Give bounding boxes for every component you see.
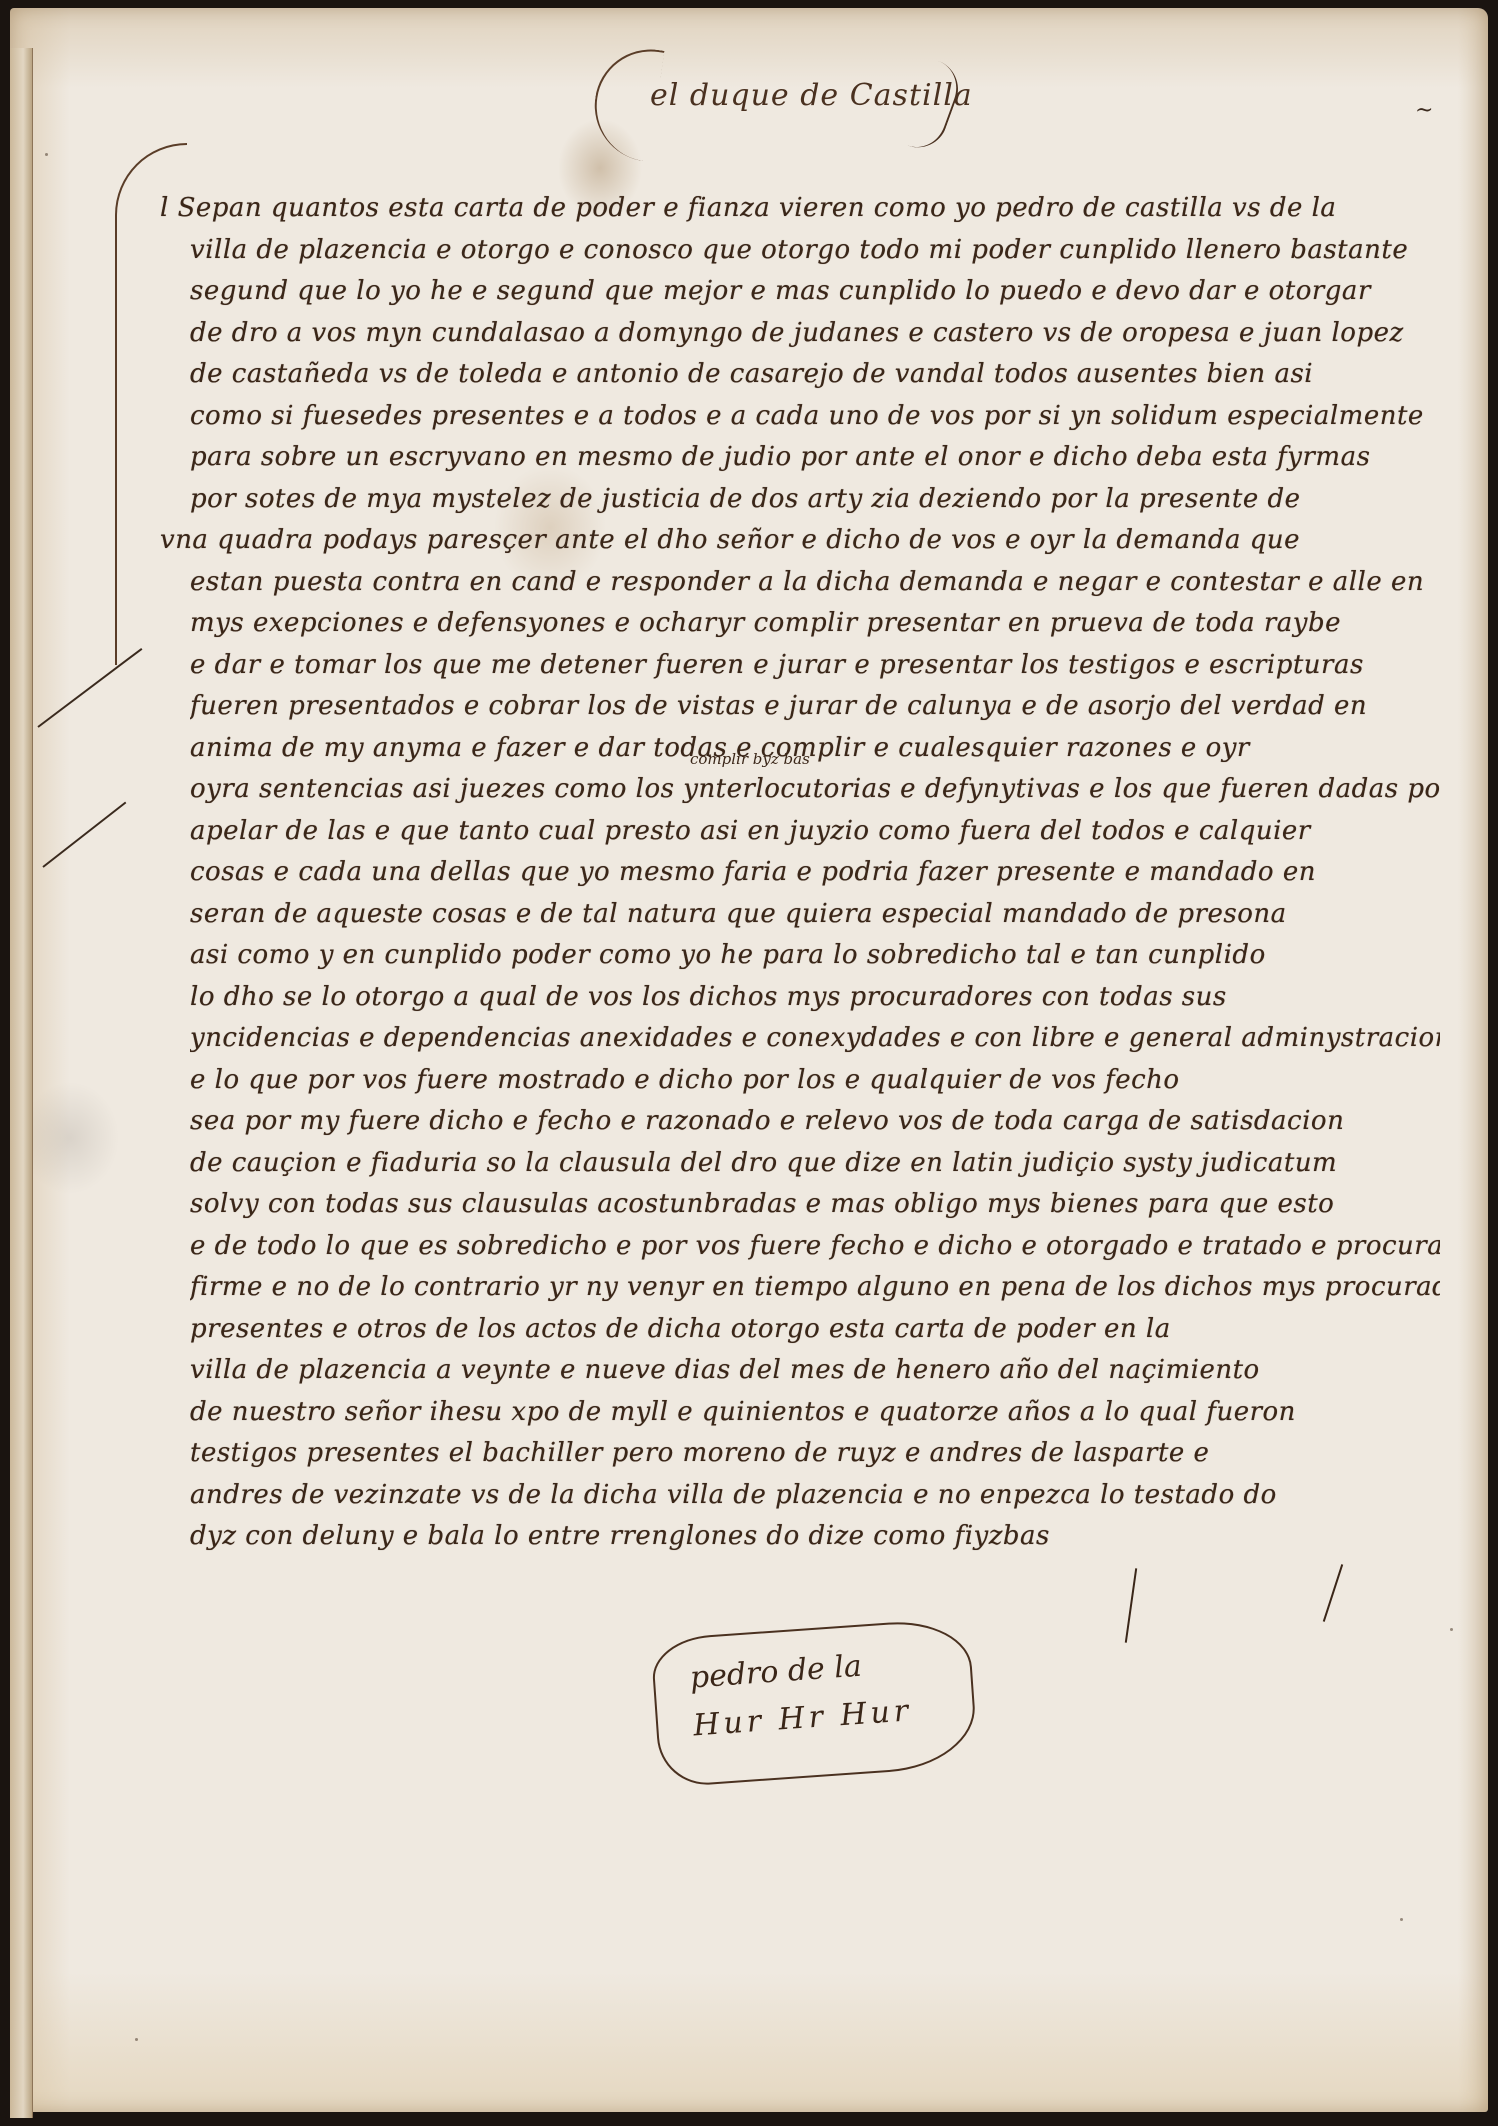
text-line: yncidencias e dependencias anexidades e … <box>190 1018 1440 1060</box>
notary-signature-box: pedro de la Hur Hr Hur <box>650 1617 979 1788</box>
paper-speck <box>45 153 48 156</box>
text-line: por sotes de mya mystelez de justicia de… <box>190 479 1440 521</box>
text-line: e de todo lo que es sobredicho e por vos… <box>190 1226 1440 1268</box>
text-line: de cauçion e fiaduria so la clausula del… <box>190 1143 1440 1185</box>
paper-speck <box>1450 1628 1453 1631</box>
paper-speck <box>1400 1918 1403 1921</box>
text-line: dyz con deluny e bala lo entre rrenglone… <box>190 1516 1440 1558</box>
text-line: fueren presentados e cobrar los de vista… <box>190 686 1440 728</box>
corner-mark: ~ <box>1415 98 1433 123</box>
text-line: vna quadra podays paresçer ante el dho s… <box>160 520 1440 562</box>
text-line: para sobre un escryvano en mesmo de judi… <box>190 437 1440 479</box>
text-line: cosas e cada una dellas que yo mesmo far… <box>190 852 1440 894</box>
text-line: estan puesta contra en cand e responder … <box>190 562 1440 604</box>
manuscript-text-block: l Sepan quantos esta carta de poder e fi… <box>160 188 1440 1558</box>
text-line: apelar de las e que tanto cual presto as… <box>190 811 1440 853</box>
text-line: mys exepciones e defensyones e ocharyr c… <box>190 603 1440 645</box>
text-line: testigos presentes el bachiller pero mor… <box>190 1433 1440 1475</box>
text-line: e lo que por vos fuere mostrado e dicho … <box>190 1060 1440 1102</box>
text-line: anima de my anyma e fazer e dar todas e … <box>190 728 1440 770</box>
text-line: sea por my fuere dicho e fecho e razonad… <box>190 1101 1440 1143</box>
descender-stroke <box>1125 1568 1137 1643</box>
text-line: de nuestro señor ihesu xpo de myll e qui… <box>190 1392 1440 1434</box>
text-line: solvy con todas sus clausulas acostunbra… <box>190 1184 1440 1226</box>
binding-edge <box>10 48 33 2118</box>
text-line: segund que lo yo he e segund que mejor e… <box>190 271 1440 313</box>
manuscript-page: el duque de Castilla ~ complir byz bas l… <box>10 8 1488 2112</box>
text-line: lo dho se lo otorgo a qual de vos los di… <box>190 977 1440 1019</box>
text-line: presentes e otros de los actos de dicha … <box>190 1309 1440 1351</box>
margin-mark-1 <box>37 648 142 728</box>
text-line: l Sepan quantos esta carta de poder e fi… <box>160 188 1440 230</box>
text-line: andres de vezinzate vs de la dicha villa… <box>190 1475 1440 1517</box>
text-line: asi como y en cunplido poder como yo he … <box>190 935 1440 977</box>
closing-stroke <box>1323 1564 1343 1622</box>
margin-mark-2 <box>42 802 126 868</box>
text-line: e dar e tomar los que me detener fueren … <box>190 645 1440 687</box>
text-line: como si fuesedes presentes e a todos e a… <box>190 396 1440 438</box>
signature-line-1: pedro de la <box>689 1649 863 1696</box>
text-line: villa de plazencia e otorgo e conosco qu… <box>190 230 1440 272</box>
text-line: firme e no de lo contrario yr ny venyr e… <box>190 1267 1440 1309</box>
text-line: oyra sentencias asi juezes como los ynte… <box>190 769 1440 811</box>
signature-line-2: Hur Hr Hur <box>692 1693 913 1743</box>
text-line: seran de aqueste cosas e de tal natura q… <box>190 894 1440 936</box>
text-line: de castañeda vs de toleda e antonio de c… <box>190 354 1440 396</box>
paper-speck <box>135 2038 138 2041</box>
text-line: de dro a vos myn cundalasao a domyngo de… <box>190 313 1440 355</box>
text-line: villa de plazencia a veynte e nueve dias… <box>190 1350 1440 1392</box>
